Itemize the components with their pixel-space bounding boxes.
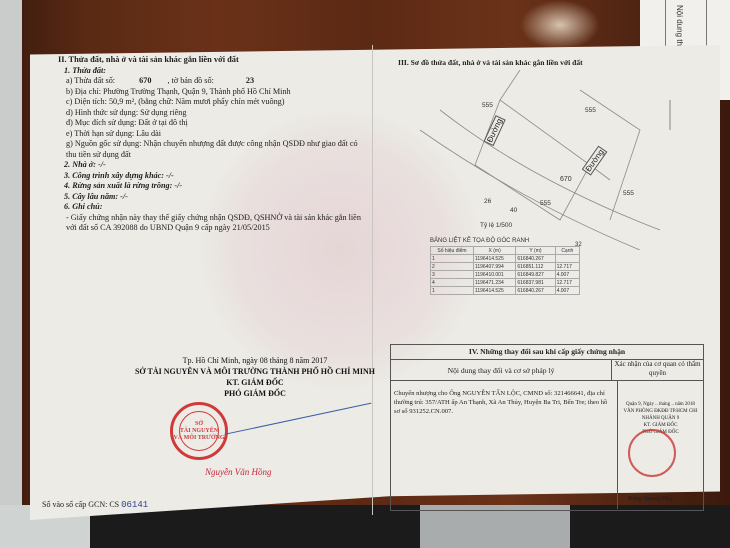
branch-red-stamp <box>628 429 676 477</box>
area: c) Diện tích: 50,9 m², (bằng chữ: Năm mư… <box>58 97 368 108</box>
parcel-map: 555 555 555 555 670 Đường Đường 26 40 Tỷ… <box>380 70 680 250</box>
sign-date: Tp. Hồ Chí Minh, ngày 08 tháng 8 năm 201… <box>130 355 380 366</box>
confirm-office: VĂN PHÒNG ĐKĐĐ TP.HCM CHI NHÁNH QUẬN 9 <box>618 408 703 422</box>
notes-text: - Giấy chứng nhận này thay thế giấy chứn… <box>58 213 368 234</box>
coordinate-cell: 616851.112 <box>516 263 555 271</box>
coordinate-table: BẢNG LIỆT KÊ TỌA ĐỘ GÓC RANH Số hiệu điể… <box>430 238 580 295</box>
coordinate-cell: 4 <box>431 279 474 287</box>
coordinate-table-title: BẢNG LIỆT KÊ TỌA ĐỘ GÓC RANH <box>430 238 580 244</box>
stamp-line-2: TÀI NGUYÊN <box>180 428 218 435</box>
usage-form: d) Hình thức sử dụng: Sử dụng riêng <box>58 108 368 119</box>
signature-block: Tp. Hồ Chí Minh, ngày 08 tháng 8 năm 201… <box>130 355 380 399</box>
section-iv-title: IV. Những thay đổi sau khi cấp giấy chứn… <box>391 345 703 360</box>
deputy-director: PHÓ GIÁM ĐỐC <box>130 388 380 399</box>
neighbor-parcel-2: 555 <box>585 107 596 114</box>
change-entry: Chuyển nhượng cho Ông NGUYỄN TẤN LỘC, CM… <box>391 381 618 509</box>
confirm-signer: Đặng Quang Huy <box>628 496 673 503</box>
background-surface <box>0 0 22 520</box>
label-32: 32 <box>575 242 582 248</box>
parcel-number-label: a) Thửa đất số: <box>66 76 115 85</box>
coordinate-cell: 4.007 <box>555 271 579 279</box>
coordinate-cell: 4.007 <box>555 287 579 295</box>
registration-number: Số vào sổ cấp GCN: CS 06141 <box>42 500 148 510</box>
stamp-line-1: SỞ <box>195 421 203 428</box>
coordinate-cell: 616849.827 <box>516 271 555 279</box>
neighbor-parcel-1: 555 <box>482 102 493 109</box>
registration-value: 06141 <box>121 500 148 510</box>
house: 2. Nhà ở: -/- <box>58 160 368 171</box>
label-26: 26 <box>484 198 491 205</box>
confirm-date: Quận 9, Ngày .. tháng .. năm 2018 <box>618 401 703 408</box>
perennial-trees: 5. Cây lâu năm: -/- <box>58 192 368 203</box>
coordinate-cell: 1 <box>431 255 474 263</box>
neighbor-parcel-3: 555 <box>623 190 634 197</box>
official-red-stamp: SỞ TÀI NGUYÊN VÀ MÔI TRƯỜNG <box>170 402 228 460</box>
map-sheet-number: 23 <box>246 76 254 85</box>
col-point: Số hiệu điểm <box>431 247 474 255</box>
coordinate-row: 21196407.994616851.11212.717 <box>431 263 580 271</box>
changes-row: Chuyển nhượng cho Ông NGUYỄN TẤN LỘC, CM… <box>391 381 703 509</box>
parcel-number-row: a) Thửa đất số: 670 , tờ bản đồ số: 23 <box>58 76 368 87</box>
parcel-map-lines <box>380 70 680 250</box>
coordinate-cell <box>555 255 579 263</box>
parcel-number-map: 670 <box>560 176 572 183</box>
col-y: Y (m) <box>516 247 555 255</box>
confirm-kt: KT. GIÁM ĐỐC <box>618 422 703 429</box>
changes-header: Nội dung thay đổi và cơ sở pháp lý Xác n… <box>391 360 703 381</box>
coordinate-row: 11196414.525616840.267 <box>431 255 580 263</box>
stamp-line-3: VÀ MÔI TRƯỜNG <box>174 435 225 442</box>
coordinate-cell: 1196414.525 <box>473 287 515 295</box>
label-40: 40 <box>510 207 517 214</box>
coordinate-cell: 616840.267 <box>516 287 555 295</box>
forest: 4. Rừng sản xuất là rừng trồng: -/- <box>58 181 368 192</box>
coordinate-row: 41196471.234616837.98112.717 <box>431 279 580 287</box>
change-confirmation: Quận 9, Ngày .. tháng .. năm 2018 VĂN PH… <box>618 381 703 509</box>
coordinate-cell: 1196407.994 <box>473 263 515 271</box>
page-fold <box>372 45 373 515</box>
map-scale: Tỷ lệ 1/500 <box>480 222 512 229</box>
signer-name: Nguyễn Văn Hồng <box>205 467 272 477</box>
coordinate-cell: 1 <box>431 287 474 295</box>
kt-director: KT. GIÁM ĐỐC <box>130 377 380 388</box>
changes-col-confirm: Xác nhận của cơ quan có thẩm quyền <box>612 360 703 380</box>
other-construction: 3. Công trình xây dựng khác: -/- <box>58 171 368 182</box>
registration-label: Số vào sổ cấp GCN: CS <box>42 500 119 509</box>
section-iii-title: III. Sơ đồ thửa đất, nhà ở và tài sản kh… <box>398 58 583 67</box>
coordinate-row: 11196414.525616840.2674.007 <box>431 287 580 295</box>
section-iv-changes: IV. Những thay đổi sau khi cấp giấy chứn… <box>390 344 704 511</box>
coordinate-cell: 1196414.525 <box>473 255 515 263</box>
coordinate-row: 31196410.001616849.8274.007 <box>431 271 580 279</box>
coordinate-cell: 1196410.001 <box>473 271 515 279</box>
coordinate-cell: 1196471.234 <box>473 279 515 287</box>
coordinate-cell: 2 <box>431 263 474 271</box>
changes-col-content: Nội dung thay đổi và cơ sở pháp lý <box>391 360 612 380</box>
section-ii: II. Thửa đất, nhà ở và tài sản khác gắn … <box>58 55 368 234</box>
map-sheet-label: , tờ bản đồ số: <box>167 76 213 85</box>
address: b) Địa chỉ: Phường Trường Thạnh, Quận 9,… <box>58 87 368 98</box>
coordinate-cell: 616840.267 <box>516 255 555 263</box>
parcel-number: 670 <box>139 76 151 85</box>
neighbor-parcel-4: 555 <box>540 200 551 207</box>
usage-purpose: đ) Mục đích sử dụng: Đất ở tại đô thị <box>58 118 368 129</box>
section-ii-title: II. Thửa đất, nhà ở và tài sản khác gắn … <box>58 55 368 66</box>
coordinate-cell: 616837.981 <box>516 279 555 287</box>
coordinate-cell: 12.717 <box>555 279 579 287</box>
other-document-text: Nội dung th <box>675 5 684 46</box>
usage-origin: g) Nguồn gốc sử dụng: Nhận chuyển nhượng… <box>58 139 368 160</box>
issuing-authority: SỞ TÀI NGUYÊN VÀ MÔI TRƯỜNG THÀNH PHỐ HỒ… <box>130 366 380 377</box>
coordinate-grid: Số hiệu điểm X (m) Y (m) Cạnh 11196414.5… <box>430 246 580 295</box>
coordinate-cell: 12.717 <box>555 263 579 271</box>
land-heading: 1. Thửa đất: <box>58 66 368 77</box>
col-x: X (m) <box>473 247 515 255</box>
coordinate-cell: 3 <box>431 271 474 279</box>
notes-heading: 6. Ghi chú: <box>58 202 368 213</box>
usage-term: e) Thời hạn sử dụng: Lâu dài <box>58 129 368 140</box>
